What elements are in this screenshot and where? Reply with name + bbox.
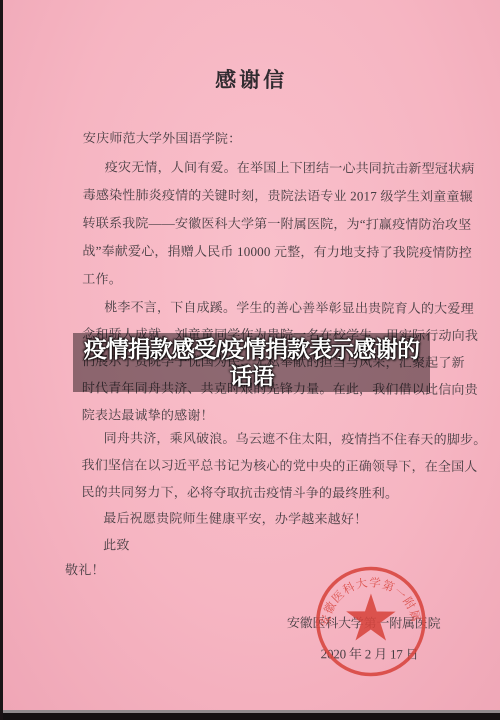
letter-photo: 感谢信 安庆师范大学外国语学院： 疫灾无情，人间有爱。在举国上下团结一心共同抗击… [0, 0, 500, 720]
caption-overlay-band: 疫情捐款感受/疫情捐款表示感谢的 话语 [73, 333, 430, 392]
letter-line: 院表达最诚挚的感谢！ [82, 406, 214, 424]
letter-salutation: 安庆师范大学外国语学院： [83, 129, 241, 147]
letter-title: 感谢信 [1, 63, 500, 95]
caption-line-2: 话语 [230, 363, 274, 390]
official-red-seal: 安徽医科大学第一附属医院 [310, 560, 433, 683]
letter-line: 毒感染性肺炎疫情的关键时刻，贵院法语专业 2017 级学生刘童童辗 [83, 186, 473, 205]
letter-line: 我们坚信在以习近平总书记为核心的党中央的正确领导下，在全国人 [81, 456, 477, 475]
letter-line: 战”奉献爱心，捐赠人民币 10000 元整，有力地支持了我院疫情防控 [82, 242, 472, 261]
letter-line: 转联系我院——安徽医科大学第一附属医院，为“打赢疫情防治攻坚 [83, 214, 472, 233]
letter-closing-cizhi: 此致 [103, 536, 129, 553]
letter-line: 同舟共济，乘风破浪。乌云遮不住太阳，疫情挡不住春天的脚步。 [104, 429, 487, 448]
letter-line: 工作。 [82, 270, 122, 287]
photo-background-left [0, 0, 3, 720]
photo-background-bottom [0, 713, 500, 720]
letter-line: 最后祝愿贵院师生健康平安，办学越来越好！ [103, 509, 367, 527]
seal-star-icon [346, 593, 396, 640]
letter-line: 桃李不言，下自成蹊。学生的善心善举彰显出贵院育人的大爱理 [104, 298, 474, 317]
caption-line-1: 疫情捐款感受/疫情捐款表示感谢的 [84, 336, 419, 363]
letter-closing-jingli: 敬礼！ [65, 561, 105, 578]
letter-line: 民的共同努力下，必将夺取抗击疫情斗争的最终胜利。 [81, 483, 398, 501]
letter-line: 疫灾无情，人间有爱。在举国上下团结一心共同抗击新型冠状病 [105, 158, 475, 177]
